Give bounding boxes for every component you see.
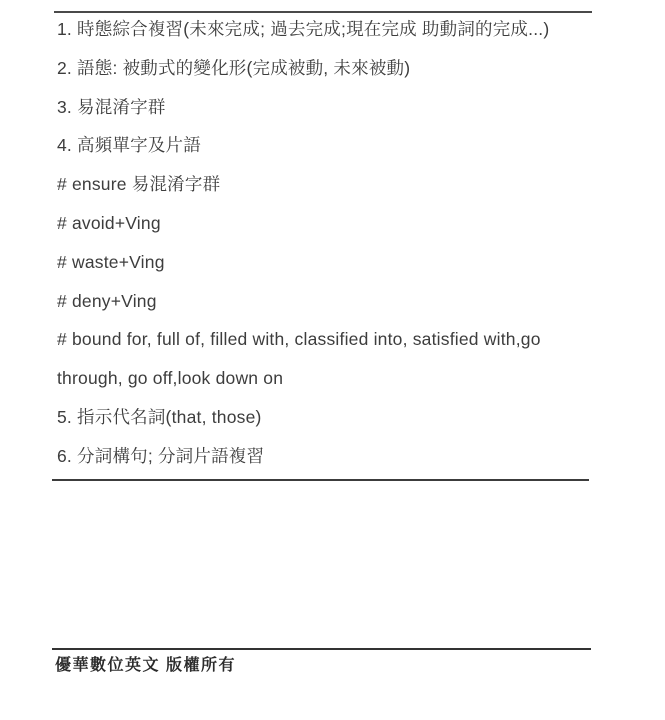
footer-divider — [52, 648, 591, 650]
outline-line-5: # ensure 易混淆字群 — [57, 165, 602, 204]
lesson-outline: 1. 時態綜合複習(未來完成; 過去完成;現在完成 助動詞的完成...) 2. … — [57, 10, 602, 476]
document-page: 1. 時態綜合複習(未來完成; 過去完成;現在完成 助動詞的完成...) 2. … — [0, 0, 665, 720]
outline-line-3: 3. 易混淆字群 — [57, 88, 602, 127]
outline-line-7: # waste+Ving — [57, 243, 602, 282]
footer-copyright: 優華數位英文 版權所有 — [55, 652, 236, 675]
outline-line-1: 1. 時態綜合複習(未來完成; 過去完成;現在完成 助動詞的完成...) — [57, 10, 602, 49]
outline-line-8: # deny+Ving — [57, 282, 602, 321]
outline-line-11: 5. 指示代名詞(that, those) — [57, 398, 602, 437]
outline-line-12: 6. 分詞構句; 分詞片語複習 — [57, 437, 602, 476]
outline-line-9: # bound for, full of, filled with, class… — [57, 320, 602, 359]
outline-line-6: # avoid+Ving — [57, 204, 602, 243]
outline-line-10: through, go off,look down on — [57, 359, 602, 398]
outline-line-2: 2. 語態: 被動式的變化形(完成被動, 未來被動) — [57, 49, 602, 88]
list-bottom-divider — [52, 479, 589, 481]
outline-line-4: 4. 高頻單字及片語 — [57, 126, 602, 165]
